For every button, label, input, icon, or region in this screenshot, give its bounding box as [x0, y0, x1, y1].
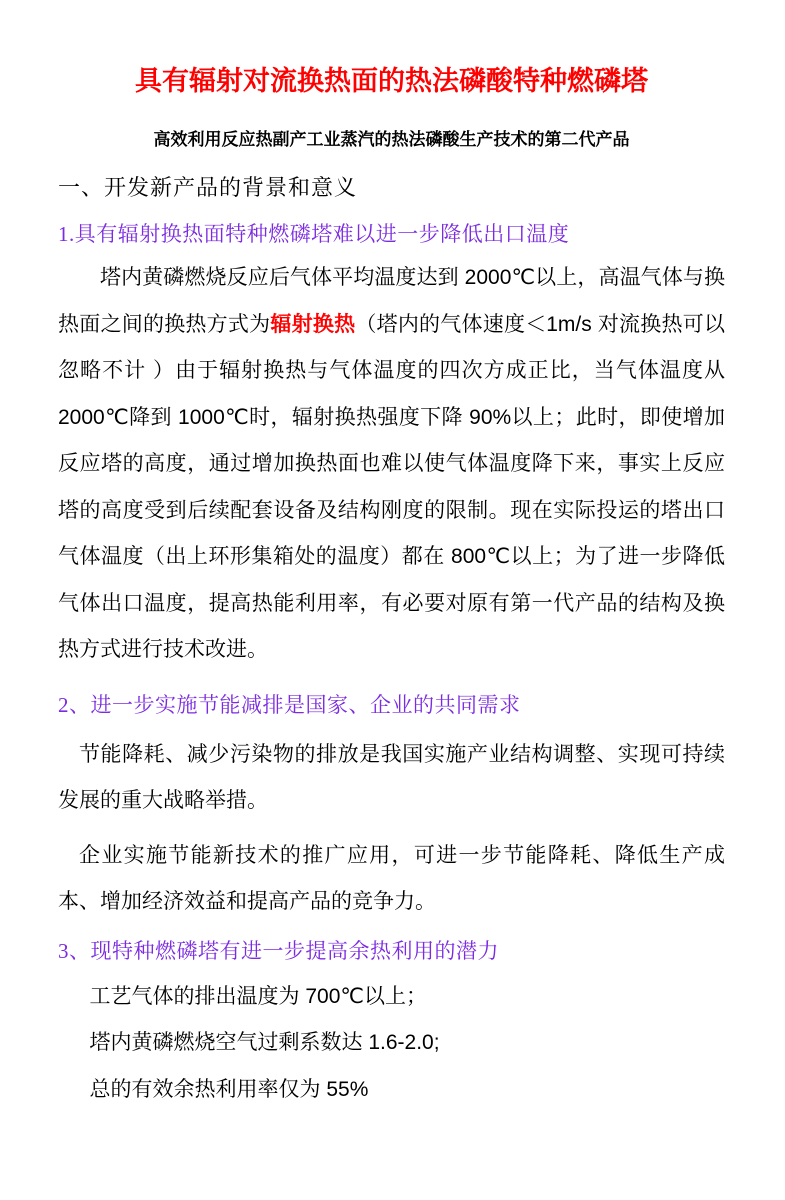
document-page: 具有辐射对流换热面的热法磷酸特种燃磷塔 高效利用反应热副产工业蒸汽的热法磷酸生产…	[0, 0, 785, 1200]
list-item-excess-air-coefficient: 塔内黄磷燃烧空气过剩系数达 1.6-2.0;	[58, 1020, 725, 1067]
paragraph-energy-saving-policy: 节能降耗、减少污染物的排放是我国实施产业结构调整、实现可持续发展的重大战略举措。	[58, 732, 725, 825]
paragraph-enterprise-benefits: 企业实施节能新技术的推广应用，可进一步节能降耗、降低生产成本、增加经济效益和提高…	[58, 833, 725, 926]
paragraph-text-after: （塔内的气体速度＜1m/s 对流换热可以忽略不计 ）由于辐射换热与气体温度的四次…	[58, 313, 725, 662]
list-item-waste-heat-utilization: 总的有效余热利用率仅为 55%	[58, 1067, 725, 1114]
paragraph-radiation-background: 塔内黄磷燃烧反应后气体平均温度达到 2000℃以上，高温气体与换热面之间的换热方…	[58, 255, 725, 674]
subsection-1-heading: 1.具有辐射换热面特种燃磷塔难以进一步降低出口温度	[58, 219, 725, 249]
list-item-gas-outlet-temperature: 工艺气体的排出温度为 700℃以上；	[58, 974, 725, 1021]
subsection-2-heading: 2、进一步实施节能减排是国家、企业的共同需求	[58, 690, 725, 720]
highlight-radiation-heat-transfer: 辐射换热	[270, 313, 355, 336]
subsection-3-heading: 3、现特种燃磷塔有进一步提高余热利用的潜力	[58, 936, 725, 966]
document-title: 具有辐射对流换热面的热法磷酸特种燃磷塔	[58, 63, 725, 99]
document-subtitle: 高效利用反应热副产工业蒸汽的热法磷酸生产技术的第二代产品	[58, 129, 725, 151]
section-1-heading: 一、开发新产品的背景和意义	[58, 173, 725, 203]
